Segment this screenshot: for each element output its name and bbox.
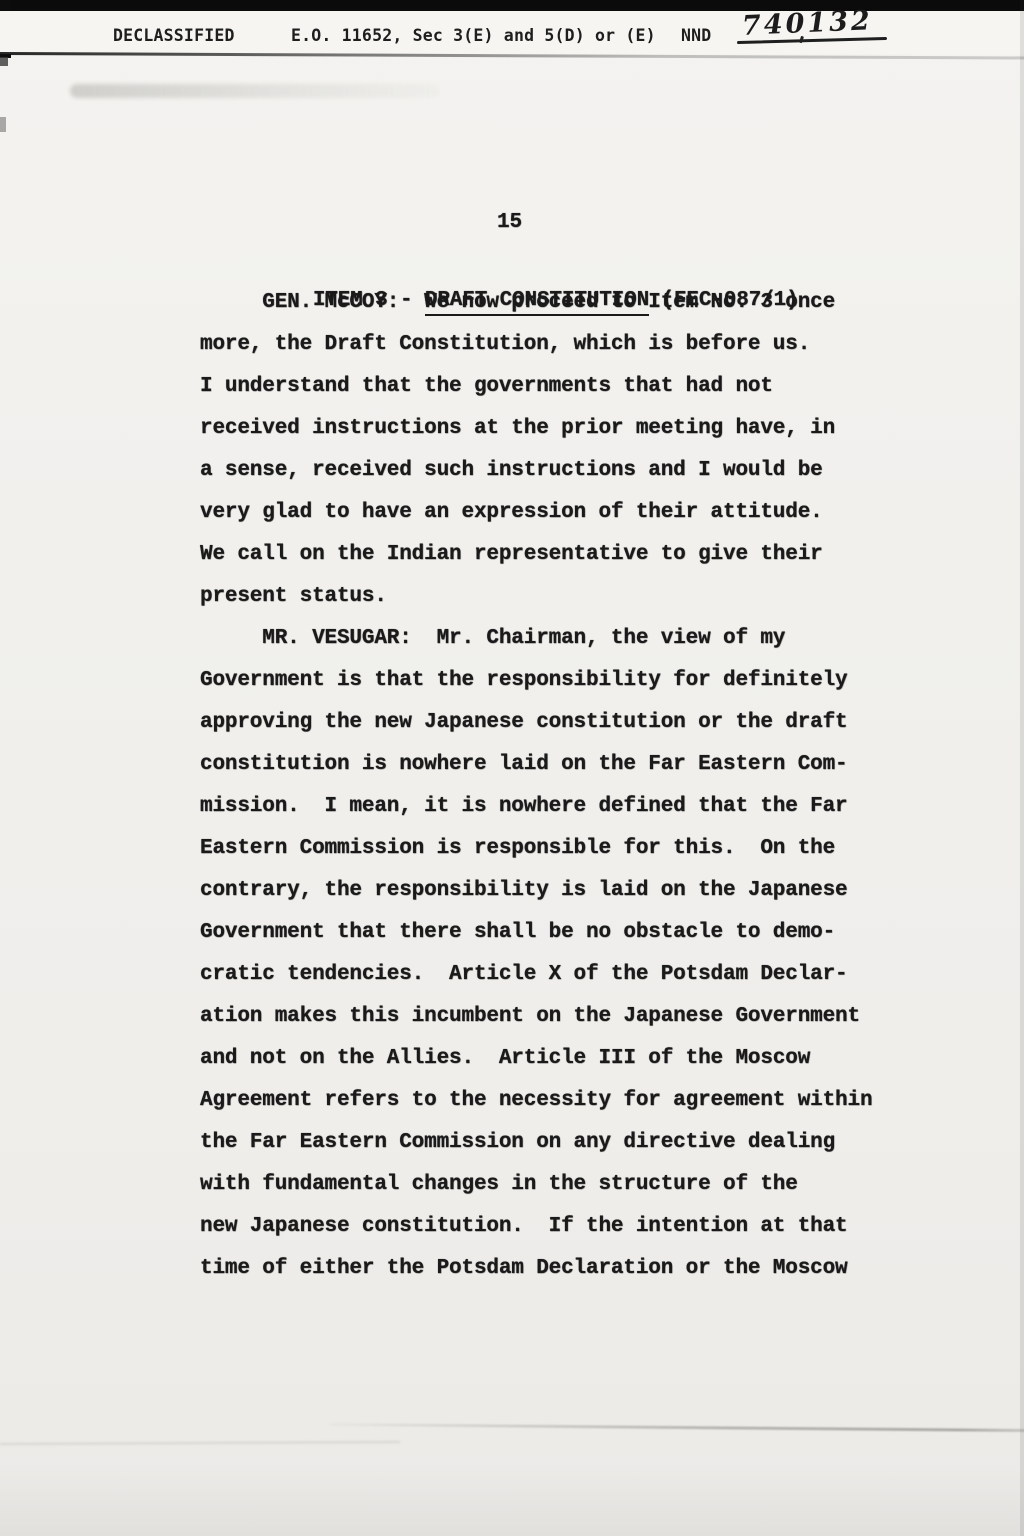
transcript-body-text: GEN. McCOY: We now proceed to Item No. 3…	[200, 282, 940, 1290]
nnd-label: NND	[681, 26, 711, 45]
executive-order-reference: E.O. 11652, Sec 3(E) and 5(D) or (E)	[291, 26, 656, 45]
handwritten-nnd-number: 740132	[741, 5, 873, 42]
left-edge-mark	[0, 117, 6, 132]
paper-crease	[330, 1423, 1024, 1432]
scanned-document-page: DECLASSIFIED E.O. 11652, Sec 3(E) and 5(…	[0, 0, 1024, 1536]
left-edge-mark	[0, 57, 8, 66]
right-edge-shade	[1020, 0, 1024, 1536]
paper-smudge	[70, 84, 440, 98]
declassified-stamp-label: DECLASSIFIED	[113, 26, 235, 45]
bottom-edge-shade	[0, 1466, 1024, 1536]
paper-crease	[0, 1441, 400, 1445]
